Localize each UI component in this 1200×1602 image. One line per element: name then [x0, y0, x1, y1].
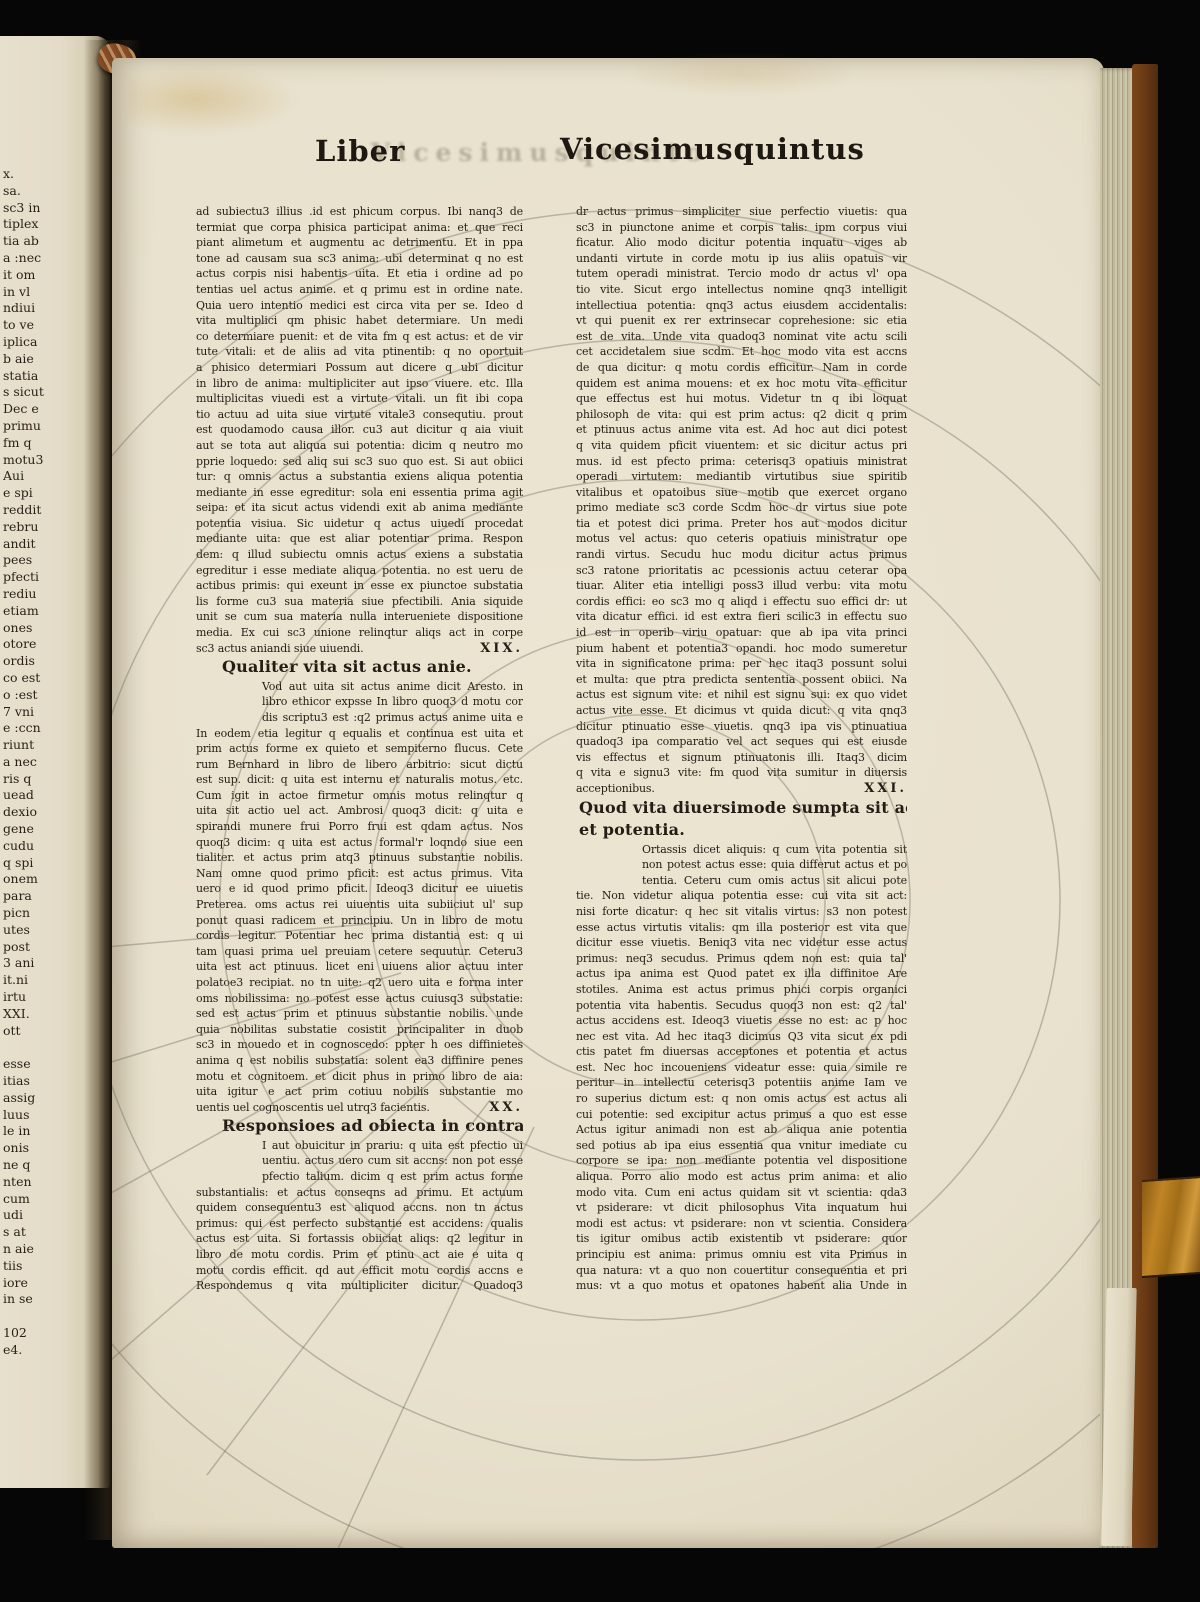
text-line: et multa: que ptra predicta sententia po… [576, 672, 907, 688]
text-line: actus corpis nisi habentis uita. Et etia… [196, 266, 523, 282]
facing-page-fragment: a :nec [3, 250, 47, 267]
text-line: Respondemus q vita multipliciter dicitur… [196, 1278, 523, 1294]
text-line: uentis uel cognoscentis uel utrq3 facien… [196, 1100, 523, 1116]
text-line: Cum igit in actoe firmetur omnis motus r… [196, 788, 523, 804]
text-line: sc3 in piunctone anime et corpis talis: … [576, 220, 907, 236]
text-line: nec est vita. Ad hec itaq3 dicimus Q3 vi… [576, 1029, 907, 1045]
facing-page-fragment: to ve [3, 317, 47, 334]
text-line: q vita quidem pficit viuentem: et sic di… [576, 438, 907, 454]
facing-page-fragment: ne q [3, 1157, 47, 1174]
running-title-vicesimusquintus: Vicesimusquintus [560, 132, 865, 166]
text-line: I aut obuicitur in prariu: q uita est pf… [196, 1138, 523, 1154]
text-line: uero e id quod primo pficit. Ideoq3 dici… [196, 881, 523, 897]
text-line: undanti virtute in corde motu ip ius ali… [576, 251, 907, 267]
text-line: mediante in esse egreditur: sola eni ess… [196, 485, 523, 501]
text-line: que effectus est hui motus. Videtur tn q… [576, 391, 907, 407]
text-line: corpore se ipa: non mediante potentia ve… [576, 1153, 907, 1169]
text-line: cet accidetalem siue scdm. Et hoc modo v… [576, 344, 907, 360]
text-line: est sup. dicit: q uita est internu et na… [196, 772, 523, 788]
text-line: modi est actus: vt psiderare: non vt sci… [576, 1216, 907, 1232]
text-line: operadi virtutem: mediantib virtutibus s… [576, 469, 907, 485]
text-line: vis effectus et signum ptinuatonis illi.… [576, 750, 907, 766]
text-line: dicitur esse viuetis. Beniq3 vita nec vi… [576, 935, 907, 951]
text-line: potentia vita habentis. Secudus quoq3 no… [576, 998, 907, 1014]
text-line: prim actus forme ex quieto et sempiterno… [196, 741, 523, 757]
facing-page-fragment [3, 1308, 47, 1325]
text-line: uentiu. actus uero cum sit accns: non po… [196, 1153, 523, 1169]
facing-page-fragment: it om [3, 267, 47, 284]
book-page: Vicesimusquinto Liber Vicesimusquintus a… [112, 58, 1104, 1548]
facing-page-fragment: primu [3, 418, 47, 435]
facing-page-fragment: a nec [3, 754, 47, 771]
text-line: dicitur ptinuatio esse viuetis. qnq3 ipa… [576, 719, 907, 735]
text-line: motu et cognitoem. et dicit phus in prim… [196, 1069, 523, 1085]
text-line: motus vel actus: quo ceteris opatiuis mi… [576, 531, 907, 547]
text-line: est. Nec hoc incoueniens videatur esse: … [576, 1060, 907, 1076]
facing-page-fragment: iore [3, 1275, 47, 1292]
text-line: nisi forte dicatur: q hec sit vitalis vi… [576, 904, 907, 920]
text-line: vita dicatur effici. id est extra fieri … [576, 609, 907, 625]
text-line: piant alimetum et augmentu ac detrimentu… [196, 235, 523, 251]
text-line: lis forme cu3 sua materia siue pfectibil… [196, 594, 523, 610]
text-line: sed est actus prim et ptinuus substantie… [196, 1006, 523, 1022]
text-line: id est in operib viriu opatuar: que ab i… [576, 625, 907, 641]
chapter-number: XX. [489, 1100, 523, 1116]
section-heading: Responsioes ad obiecta in contrarium, [196, 1115, 523, 1138]
text-line: motu cordis efficit. qd aut efficit motu… [196, 1263, 523, 1279]
text-line-text: acceptionibus. [576, 781, 655, 797]
text-line: tis igitur omibus actib existentib vt ps… [576, 1231, 907, 1247]
text-line: stotiles. Anima est actus primus phici c… [576, 982, 907, 998]
text-line: substantialis: et actus conseqns ad prim… [196, 1185, 523, 1201]
facing-page-fragment: b aie [3, 351, 47, 368]
text-line: multiplicitas viuedi est a virtute vital… [196, 391, 523, 407]
text-line-text: sc3 actus aniandi siue uiuendi. [196, 641, 363, 657]
text-line: termiat que corpa phisica participat ani… [196, 220, 523, 236]
text-line: tam quasi prima uel preuiam cetere sequu… [196, 944, 523, 960]
text-line: ponut quasi radicem et principiu. Un in … [196, 913, 523, 929]
facing-page-fragment: rediu [3, 586, 47, 603]
text-column-right: dr actus primus simpliciter siue perfect… [576, 204, 907, 1294]
text-line: actus accidens est. Ideoq3 viuetis esse … [576, 1013, 907, 1029]
text-line: tio actuu ad uita siue virtute vitale3 c… [196, 407, 523, 423]
facing-page-fragment: pees [3, 552, 47, 569]
text-line: quoq3 dicim: q uita est actus formal'r l… [196, 835, 523, 851]
facing-page-fragment: x. [3, 166, 47, 183]
text-line: quia nobilitas substatie cosistit princi… [196, 1022, 523, 1038]
facing-page-fragment: onem [3, 871, 47, 888]
text-line: tio vite. Sicut ergo intellectus nomine … [576, 282, 907, 298]
text-line: tentias uel actus anime. et q primu est … [196, 282, 523, 298]
facing-page-fragment: Aui [3, 468, 47, 485]
text-line: modo vita. Cum eni actus quidam sit vt s… [576, 1185, 907, 1201]
facing-page-fragment: e4. [3, 1342, 47, 1359]
facing-page-fragment: sc3 in [3, 200, 47, 217]
facing-page-fragment: s sicut [3, 384, 47, 401]
facing-page-fragment: n aie [3, 1241, 47, 1258]
text-line: pprie loquedo: sed aliq sui sc3 suo quo … [196, 454, 523, 470]
text-line: uita sit actio uel act. Ambrosi quoq3 di… [196, 803, 523, 819]
text-line: tiuar. Aliter etia intelligi poss3 illud… [576, 578, 907, 594]
facing-page-fragment: otore [3, 636, 47, 653]
facing-page-fragment: tiis [3, 1258, 47, 1275]
facing-page-fragment: ndiui [3, 300, 47, 317]
text-line: sed potius ab ipa eius essentia qua vnit… [576, 1138, 907, 1154]
text-line: a phisico determiari Possum aut dicere q… [196, 360, 523, 376]
facing-page-fragment: uead [3, 787, 47, 804]
facing-page-fragment: XXI. [3, 1006, 47, 1023]
text-line: tialiter. et actus prim atq3 ptinuus sub… [196, 850, 523, 866]
facing-page-fragment: fm q [3, 435, 47, 452]
facing-page-fragment: motu3 [3, 452, 47, 469]
photo-background: x.sa.sc3 intiplextia aba :necit omin vln… [0, 0, 1200, 1602]
facing-page-fragment: tia ab [3, 233, 47, 250]
facing-page-fragment: tiplex [3, 216, 47, 233]
text-line: quadoq3 ipa comparatio vel act seques qu… [576, 734, 907, 750]
text-line: potentia visiua. Sic uidetur q actus uiu… [196, 516, 523, 532]
facing-page-fragment: nten [3, 1174, 47, 1191]
text-line: vitalibus et opatoibus siue motib que ex… [576, 485, 907, 501]
facing-page-fragment: post [3, 939, 47, 956]
text-line: sc3 in mouedo et in cognoscedo: ppter h … [196, 1037, 523, 1053]
text-line: co determiare puenit: et de vita fm q es… [196, 329, 523, 345]
facing-page-fragment: esse [3, 1056, 47, 1073]
text-line: randi virtus. Secudu huc modu dicitur ac… [576, 547, 907, 563]
text-line: Actus igitur animadi non est ab aliqua a… [576, 1122, 907, 1138]
text-line: actus est uita. Si fortassis obiiciat al… [196, 1231, 523, 1247]
facing-page-fragment: picn [3, 905, 47, 922]
text-line: principiu est anima: primus omniu est vi… [576, 1247, 907, 1263]
text-line: est quodamodo causa illor. cu3 aut dicit… [196, 422, 523, 438]
text-line: rum Bernhard in libro de libero arbitrio… [196, 757, 523, 773]
text-line: cordis legitur. Potentiar hec prima dist… [196, 928, 523, 944]
section-heading: Qualiter vita sit actus anie. [196, 656, 523, 679]
facing-page-fragment: 3 ani [3, 955, 47, 972]
text-line: est de vita. Unde vita quadoq3 nominat v… [576, 329, 907, 345]
facing-page-fragment: etiam [3, 603, 47, 620]
facing-page-fragment: utes [3, 922, 47, 939]
facing-page-fragment: ott [3, 1023, 47, 1040]
text-line: Ortassis dicet aliquis: q cum vita poten… [576, 842, 907, 858]
text-line: dr actus primus simpliciter siue perfect… [576, 204, 907, 220]
text-line: tutem operadi ministrat. Tercio modo dr … [576, 266, 907, 282]
text-line: primus: qui est perfecto substantie est … [196, 1216, 523, 1232]
facing-page-fragment: udi [3, 1207, 47, 1224]
text-line: actus ipa anima est Quod patet ex illa d… [576, 966, 907, 982]
text-line: primo mediate sc3 corde Scdm hoc dr virt… [576, 500, 907, 516]
facing-page-fragment: luus [3, 1107, 47, 1124]
vellum-tab [1101, 1288, 1136, 1546]
facing-page-fragment: in vl [3, 284, 47, 301]
text-line: libro ethicor expsse In libro quoq3 d mo… [196, 694, 523, 710]
text-line: actibus primis: qui exeunt in esse ex pi… [196, 578, 523, 594]
text-line: seipa: et ita sicut actus videndi exit a… [196, 500, 523, 516]
facing-page-text-fragments: x.sa.sc3 intiplextia aba :necit omin vln… [3, 166, 47, 1359]
text-line: mus. id est pfecto prima: ceterisq3 opat… [576, 454, 907, 470]
text-line: aut se tota aut aliqua sui potentia: dic… [196, 438, 523, 454]
text-line: ro superius dictum est: q non omis actus… [576, 1091, 907, 1107]
text-line: media. Ex cui sc3 unione relinqtur aliqs… [196, 625, 523, 641]
text-line: q vita e signu3 vite: fm quod vita sumit… [576, 765, 907, 781]
text-line: Nam omne quod primo pficit: est actus pr… [196, 866, 523, 882]
text-line: philosoph de vita: qui est prim actus: q… [576, 407, 907, 423]
text-line: non potest actus esse: quia differut act… [576, 857, 907, 873]
facing-page-fragment: pfecti [3, 569, 47, 586]
text-line: tute vitali: et de aliis ad vita ptinent… [196, 344, 523, 360]
text-line: primus: neq3 secudus. Primus qdem non es… [576, 951, 907, 967]
facing-page-fragment: it.ni [3, 972, 47, 989]
facing-page-fragment: ordis [3, 653, 47, 670]
facing-page-fragment: Dec e [3, 401, 47, 418]
text-line: de qua dicitur: q motu cordis efficitur.… [576, 360, 907, 376]
text-column-left: ad subiectu3 illius .id est phicum corpu… [196, 204, 523, 1294]
text-line: oms nobilissima: no potest esse actus cu… [196, 991, 523, 1007]
facing-page-fragment: ones [3, 620, 47, 637]
text-line: In eodem etia legitur q equalis et conti… [196, 726, 523, 742]
text-line: anima q est nobilis substatia: solent ea… [196, 1053, 523, 1069]
facing-page-fragment: riunt [3, 737, 47, 754]
text-line: sc3 actus aniandi siue uiuendi.XIX. [196, 641, 523, 657]
text-line: vita multiplici qm phisic habet determia… [196, 313, 523, 329]
facing-page-fragment: iplica [3, 334, 47, 351]
text-line: qua natura: vt a quo non couertitur cons… [576, 1263, 907, 1279]
section-heading: et potentia. [576, 819, 907, 842]
text-line: dem: q illud subiectu omnis actus exiens… [196, 547, 523, 563]
facing-page-fragment: q spi [3, 855, 47, 872]
facing-page-fragment: sa. [3, 183, 47, 200]
text-line: uita igitur e act prim cotiuu nobilis su… [196, 1084, 523, 1100]
facing-page-fragment: dexio [3, 804, 47, 821]
running-title-liber: Liber [315, 134, 405, 168]
text-line: spirandi munere frui Porro frui est qdam… [196, 819, 523, 835]
facing-page-fragment: e :ccn [3, 720, 47, 737]
text-line: libro de motu cordis. Prim et ptinu act … [196, 1247, 523, 1263]
text-line: vt psiderare: vt dicit philosophus Vita … [576, 1200, 907, 1216]
text-line: ad subiectu3 illius .id est phicum corpu… [196, 204, 523, 220]
facing-page-fragment: e spi [3, 485, 47, 502]
text-line: aliqua. Porro alio modo est actus prim a… [576, 1169, 907, 1185]
facing-page-fragment: assig [3, 1090, 47, 1107]
text-line: cui potentie: sed excipitur actus primus… [576, 1107, 907, 1123]
text-line: uita est act ptinuus. licet eni uiuens a… [196, 959, 523, 975]
facing-page-fragment: co est [3, 670, 47, 687]
facing-page-fragment: o :est [3, 687, 47, 704]
text-line: tia et potest dici prima. Preter hos aut… [576, 516, 907, 532]
text-line: intellectiua potentia: qnq3 actus eiusde… [576, 298, 907, 314]
facing-page-fragment: cum [3, 1191, 47, 1208]
text-line: tentia. Ceteru cum omis actus sit alicui… [576, 873, 907, 889]
text-line: actus est signum vite: et nihil est sign… [576, 687, 907, 703]
chapter-number: XIX. [480, 641, 523, 657]
text-line-text: uentis uel cognoscentis uel utrq3 facien… [196, 1100, 430, 1116]
text-line: Quia uero intentio medici est circa vita… [196, 298, 523, 314]
text-line: vita in significatone prima: per hec ita… [576, 656, 907, 672]
text-line: ficatur. Alio modo dicitur potentia inqu… [576, 235, 907, 251]
text-line: egreditur i esse mediate aliqua potentia… [196, 563, 523, 579]
text-line: et ptinuus actus anime vita est. Ad hoc … [576, 422, 907, 438]
facing-page-fragment: 7 vni [3, 704, 47, 721]
text-line: pfectio talium. dicim q est prim actus f… [196, 1169, 523, 1185]
text-line: Vod aut uita sit actus anime dicit Arest… [196, 679, 523, 695]
facing-page-fragment: itias [3, 1073, 47, 1090]
facing-page-fragment: s at [3, 1224, 47, 1241]
facing-page-fragment: ris q [3, 771, 47, 788]
text-line: ctis patet fm diuersas acceptones et pot… [576, 1044, 907, 1060]
facing-page-fragment: reddit [3, 502, 47, 519]
facing-page-fragment: rebru [3, 519, 47, 536]
text-line: quidem est anima mouens: et ex hoc motu … [576, 376, 907, 392]
facing-page-fragment: statia [3, 368, 47, 385]
page-stain [128, 64, 298, 134]
text-line: polatoe3 recipiat. no tn uite: q2 uero u… [196, 975, 523, 991]
text-line: quidem consequentu3 est aliquod accns. n… [196, 1200, 523, 1216]
text-line: mus: vt a quo motus et opatones habent a… [576, 1278, 907, 1294]
facing-page-fragment [3, 1039, 47, 1056]
text-line: Preterea. oms actus rei uiuentis uita su… [196, 897, 523, 913]
text-line: peritur in intellectu ceterisq3 potentii… [576, 1075, 907, 1091]
text-line: mediante uita: que est aliar potentiar p… [196, 531, 523, 547]
text-line: actus vite esse. Et dicimus vt quida dic… [576, 703, 907, 719]
text-line: vt qui puenit ex rer extrinsecar coprehe… [576, 313, 907, 329]
text-line: cordis effici: eo sc3 mo q aliqd i effec… [576, 594, 907, 610]
text-line: pium habent et potentia3 opandi. hoc mod… [576, 641, 907, 657]
text-line: dis scriptu3 est :q2 primus actus anime … [196, 710, 523, 726]
text-line: tur: q omnis actus a substantia exiens a… [196, 469, 523, 485]
text-line: tone ad causam sua sc3 anima: ubi determ… [196, 251, 523, 267]
text-line: in libro de anima: multipliciter aut ips… [196, 376, 523, 392]
facing-page-fragment: 102 [3, 1325, 47, 1342]
text-line: acceptionibus.XXI. [576, 781, 907, 797]
text-line: tie. Non videtur aliqua potentia esse: c… [576, 888, 907, 904]
text-line: sc3 ratone prioritatis ac pcessionis act… [576, 563, 907, 579]
facing-page-fragment: andit [3, 536, 47, 553]
text-line: esse actus virtutis vitalis: qm illa pos… [576, 920, 907, 936]
leather-clasp-strap [1142, 1176, 1200, 1278]
section-heading: Quod vita diuersimode sumpta sit actus [576, 797, 907, 820]
facing-page-fragment: onis [3, 1140, 47, 1157]
facing-page-fragment: irtu [3, 989, 47, 1006]
page-stain [632, 54, 852, 94]
chapter-number: XXI. [864, 781, 907, 797]
facing-page-fragment: in se [3, 1291, 47, 1308]
facing-page-fragment: le in [3, 1123, 47, 1140]
facing-page-fragment: cudu [3, 838, 47, 855]
text-line: unit se cum sua materia nulla interuenie… [196, 609, 523, 625]
facing-page-fragment: para [3, 888, 47, 905]
facing-page-fragment: gene [3, 821, 47, 838]
